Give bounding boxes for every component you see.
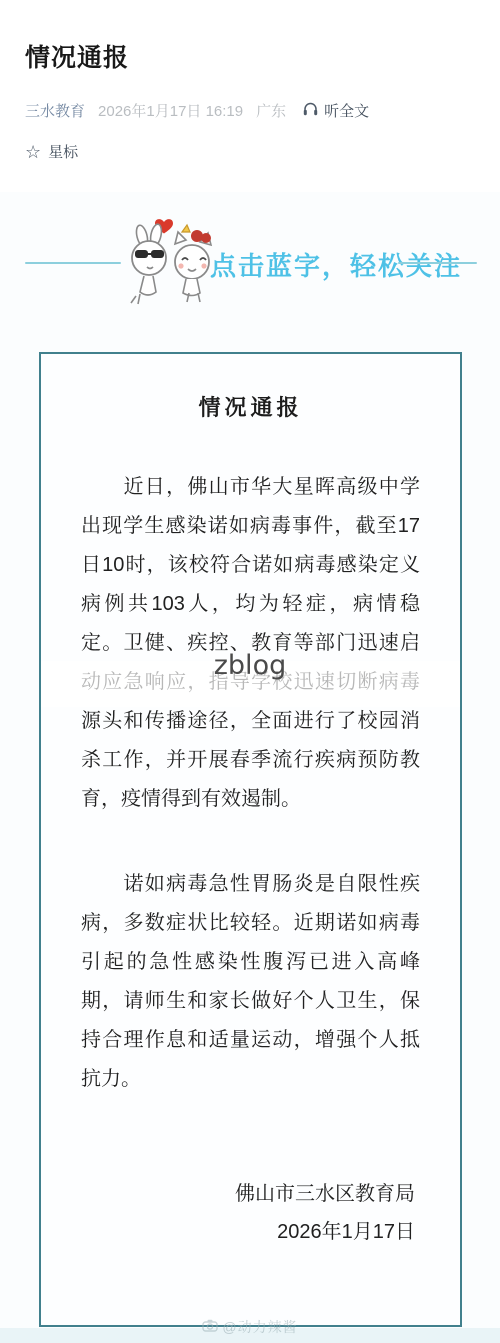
publish-datetime: 2026年1月17日 16:19 (98, 100, 243, 121)
cartoon-couple-icon (126, 210, 214, 319)
notice-title: 情况通报 (81, 394, 420, 422)
paragraph-line: 近日，佛山市华大星晖高级中学 (81, 468, 420, 507)
notice-paragraph-2: 诺如病毒急性胃肠炎是自限性疾病，多数症状比较轻。近期诺如病毒引起的急性感染性腹泻… (81, 865, 420, 1099)
notice-box: 情况通报 近日，佛山市华大星晖高级中学出现学生感染诺如病毒事件，截至17日10时… (39, 352, 462, 1327)
banner-divider-left (25, 262, 121, 264)
paragraph-line: 抗力。 (81, 1060, 420, 1099)
paragraph-line: 病，多数症状比较轻。近期诺如病毒 (81, 904, 420, 943)
paragraph-line: 杀工作，并开展春季流行疾病预防教 (81, 741, 420, 780)
weibo-camera-icon (202, 1319, 222, 1335)
listen-full-text-button[interactable]: 听全文 (302, 100, 369, 121)
banner-divider-right (398, 262, 477, 264)
paragraph-line: 育，疫情得到有效遏制。 (81, 780, 420, 819)
headphones-icon (302, 101, 324, 121)
paragraph-line: 诺如病毒急性胃肠炎是自限性疾 (81, 865, 420, 904)
follow-banner: 点击蓝字，轻松关注 (0, 200, 500, 340)
paragraph-line: 病例共103人，均为轻症，病情稳 (81, 585, 420, 624)
zblog-watermark: zblog (0, 650, 500, 681)
star-label: 星标 (48, 141, 78, 162)
paragraph-line: 引起的急性感染性腹泻已进入高峰 (81, 943, 420, 982)
account-name-link[interactable]: 三水教育 (25, 100, 85, 121)
signature-issuer: 佛山市三水区教育局 (81, 1175, 415, 1213)
paragraph-line: 持合理作息和适量运动，增强个人抵 (81, 1021, 420, 1060)
page-title: 情况通报 (25, 38, 129, 74)
paragraph-line: 出现学生感染诺如病毒事件，截至17 (81, 507, 420, 546)
paragraph-line: 日10时，该校符合诺如病毒感染定义 (81, 546, 420, 585)
weibo-watermark-text: @动力辣酱 (222, 1317, 297, 1337)
star-outline-icon: ☆ (25, 143, 41, 161)
article-meta: 三水教育 2026年1月17日 16:19 广东 听全文 (25, 100, 369, 121)
banner-caption: 点击蓝字，轻松关注 (210, 246, 462, 283)
paragraph-line: 期，请师生和家长做好个人卫生，保 (81, 982, 420, 1021)
paragraph-line: 源头和传播途径，全面进行了校园消 (81, 702, 420, 741)
publish-location: 广东 (256, 100, 286, 121)
signature-block: 佛山市三水区教育局 2026年1月17日 (81, 1175, 420, 1251)
weibo-watermark: @动力辣酱 (0, 1317, 500, 1337)
notice-paragraph-1: 近日，佛山市华大星晖高级中学出现学生感染诺如病毒事件，截至17日10时，该校符合… (81, 468, 420, 819)
listen-label: 听全文 (324, 100, 369, 121)
star-button[interactable]: ☆ 星标 (25, 141, 78, 162)
signature-date: 2026年1月17日 (81, 1213, 415, 1251)
